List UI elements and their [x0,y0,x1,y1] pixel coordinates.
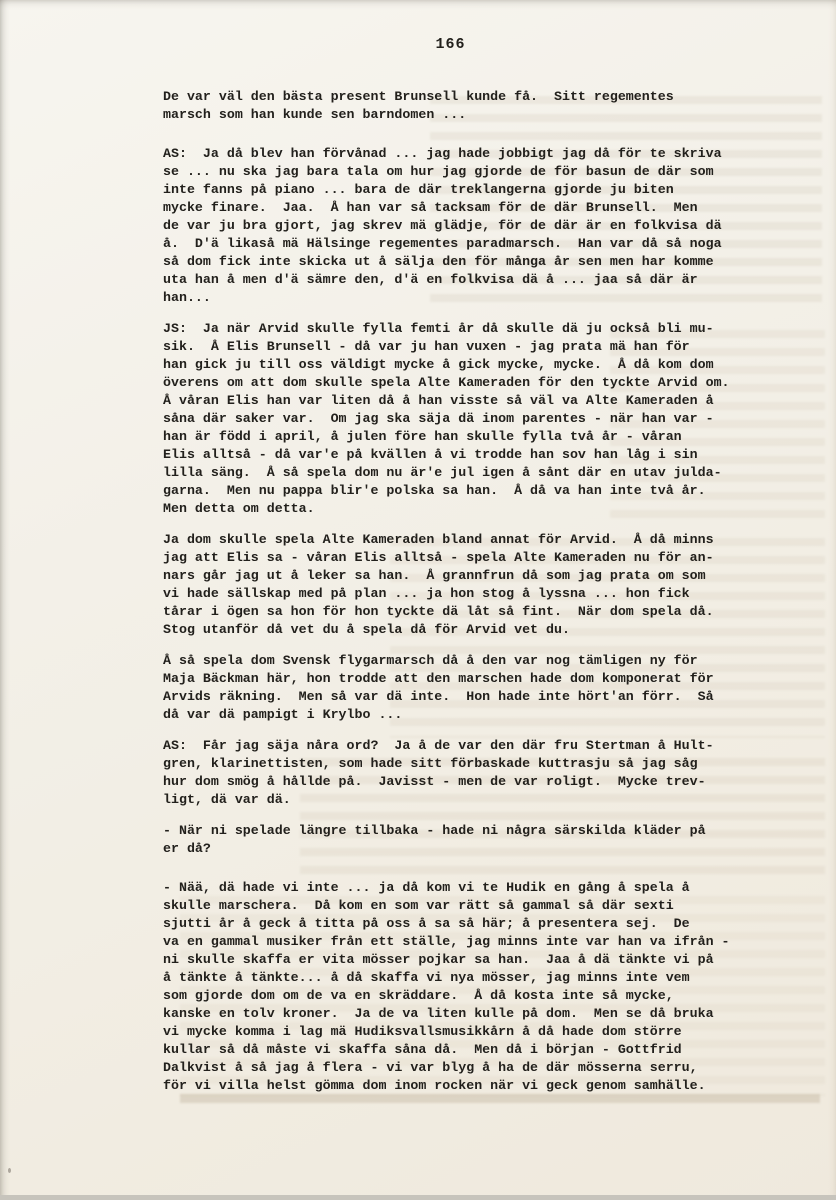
transcript-text: De var väl den bästa present Brunsell ku… [163,88,783,1108]
stray-pencil-mark [8,1168,11,1173]
answer-clothes-caps: - Nää, dä hade vi inte ... ja då kom vi … [163,879,783,1095]
paragraph-as-2: AS: Får jag säja nåra ord? Ja å de var d… [163,737,783,809]
page-number: 166 [163,36,738,53]
scan-bottom-edge [0,1195,836,1200]
paragraph-as-1: AS: Ja då blev han förvånad ... jag hade… [163,145,783,307]
paragraph-alte-kameraden: Ja dom skulle spela Alte Kameraden bland… [163,531,783,639]
paragraph-intro: De var väl den bästa present Brunsell ku… [163,88,783,124]
scanned-page: 166 De var väl den bästa present Brunsel… [0,0,836,1200]
question-interviewer-clothes: - När ni spelade längre tillbaka - hade … [163,822,783,858]
paragraph-flygarmarsch: Å så spela dom Svensk flygarmarsch då å … [163,652,783,724]
paragraph-js-1: JS: Ja när Arvid skulle fylla femti år d… [163,320,783,518]
